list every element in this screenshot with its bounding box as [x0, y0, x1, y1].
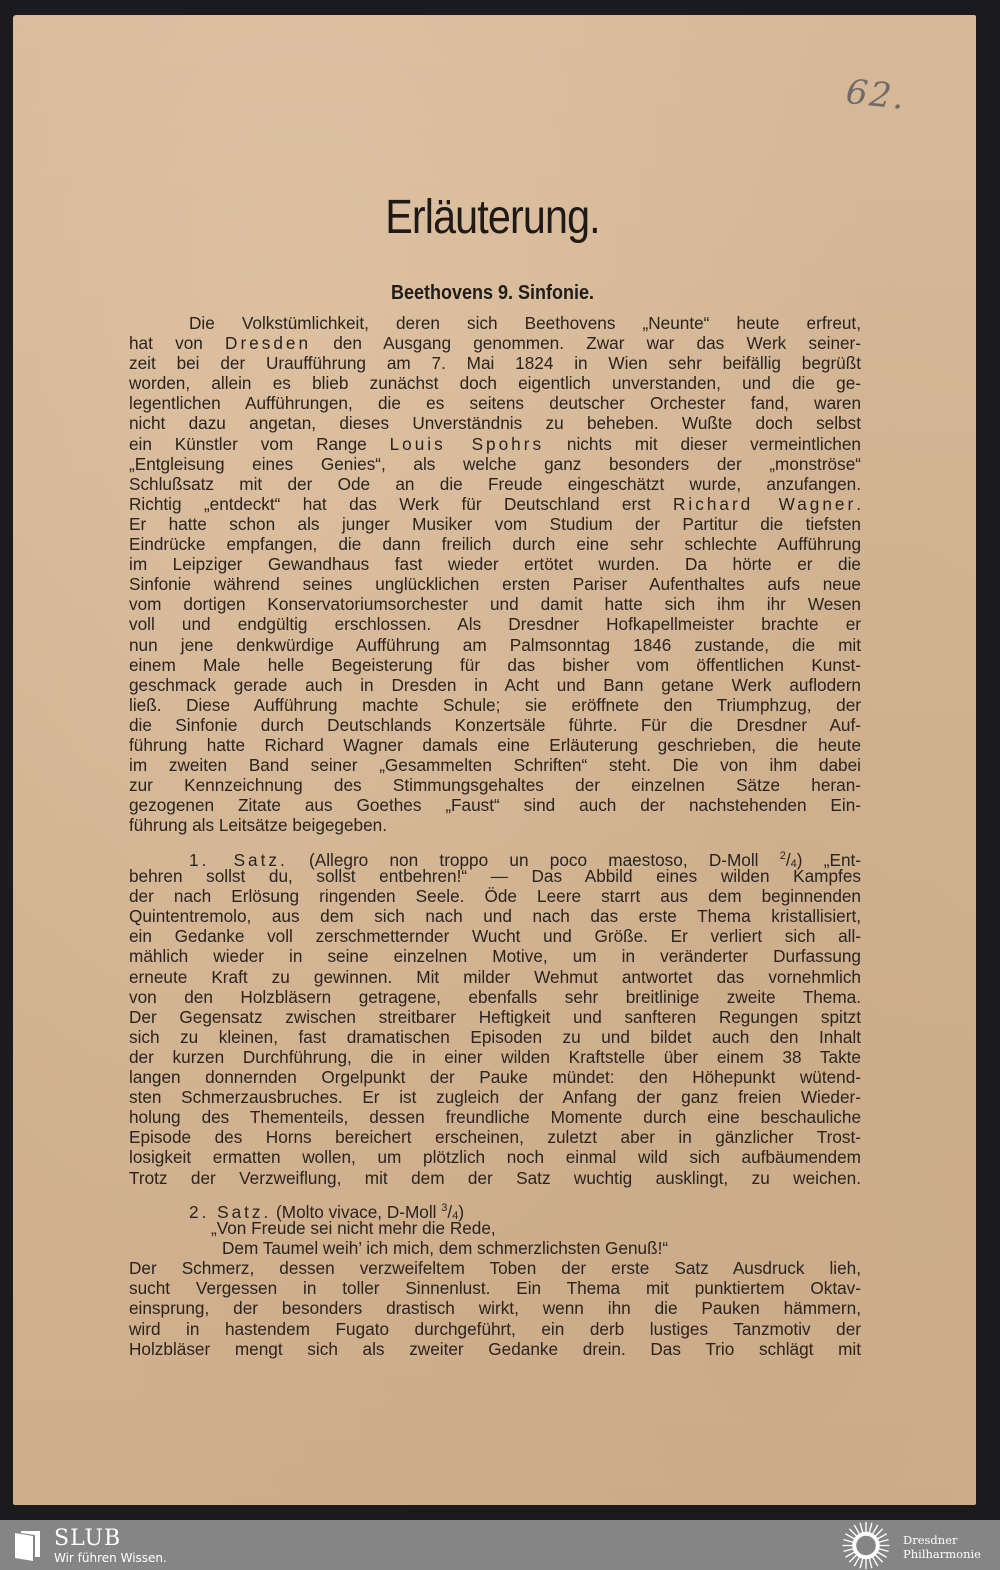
faust-quote-line: „Von Freude sei nicht mehr die Rede,: [129, 1218, 861, 1238]
movement-2-heading: 2. Satz. (Molto vivace, D-Moll 3/4): [129, 1198, 861, 1218]
text-line: erneute Kraft zu gewinnen. Mit milder We…: [129, 967, 861, 987]
slub-logo-title[interactable]: SLUB: [54, 1526, 121, 1551]
emphasized-name: Louis Spohrs: [390, 434, 544, 454]
text-line: Quintentremolo, aus dem sich nach und na…: [129, 906, 861, 926]
text-line: losigkeit ermatten wollen, um plötzlich …: [129, 1147, 861, 1167]
text-line: einsprung, der besonders drastisch wirkt…: [129, 1298, 861, 1318]
emphasized-name: Richard Wagner: [673, 494, 856, 514]
text-line: im Leipziger Gewandhaus fast wieder ertö…: [129, 554, 861, 574]
handwritten-page-number: 62.: [844, 72, 908, 118]
intro-paragraph: Die Volkstümlichkeit, deren sich Beethov…: [129, 313, 861, 835]
text-line: holung des Thementeils, dessen freundlic…: [129, 1107, 861, 1127]
text-line: der kurzen Durchführung, die in einer wi…: [129, 1047, 861, 1067]
emphasized-name: Dresden: [225, 333, 311, 353]
text-line: hat von Dresden den Ausgang genommen. Zw…: [129, 333, 861, 353]
text-line: Holzbläser mengt sich als zweiter Gedank…: [129, 1339, 861, 1359]
document-subtitle: Beethovens 9. Sinfonie.: [49, 282, 936, 305]
text-line: zur Kennzeichnung des Stimmungsgehaltes …: [129, 775, 861, 795]
text-line: geschmack gerade auch in Dresden in Acht…: [129, 675, 861, 695]
slub-book-icon: [13, 1530, 43, 1562]
text-line: führung als Leitsätze beigegeben.: [129, 815, 861, 835]
text-line: ließ. Diese Aufführung machte Schule; si…: [129, 695, 861, 715]
text-line: Eindrücke empfangen, die dann freilich d…: [129, 534, 861, 554]
text-line: Sinfonie während seines unglücklichen er…: [129, 574, 861, 594]
text-line: worden, allein es blieb zunächst doch ei…: [129, 373, 861, 393]
text-line: der nach Erlösung ringenden Seele. Öde L…: [129, 886, 861, 906]
document-title: Erläuterung.: [69, 190, 916, 245]
slub-logo-tagline: Wir führen Wissen.: [54, 1551, 167, 1565]
text-line: gezogenen Zitate aus Goethes „Faust“ sin…: [129, 795, 861, 815]
text-line: nicht dazu angetan, dieses Unverständnis…: [129, 413, 861, 433]
text-line: von den Holzbläsern getragene, ebenfalls…: [129, 987, 861, 1007]
text-line: führung hatte Richard Wagner damals eine…: [129, 735, 861, 755]
text-line: langen donnernden Orgelpunkt der Pauke m…: [129, 1067, 861, 1087]
text-line: sucht Vergessen in toller Sinnenlust. Ei…: [129, 1278, 861, 1298]
text-line: sten Schmerzausbruches. Er ist zugleich …: [129, 1087, 861, 1107]
text-line: voll und endgültig erschlossen. Als Dres…: [129, 614, 861, 634]
text-line: zeit bei der Uraufführung am 7. Mai 1824…: [129, 353, 861, 373]
text-line: nun jene denkwürdige Aufführung am Palms…: [129, 635, 861, 655]
text-line: sich zu kleinen, fast dramatischen Episo…: [129, 1027, 861, 1047]
text-line: Schlußsatz mit der Ode an die Freude ein…: [129, 474, 861, 494]
text-line: Der Schmerz, dessen verzweifeltem Toben …: [129, 1258, 861, 1278]
text-line: Der Gegensatz zwischen streitbarer Hefti…: [129, 1007, 861, 1027]
movement-2-section: 2. Satz. (Molto vivace, D-Moll 3/4) „Von…: [129, 1198, 861, 1359]
text-line: wird in hastendem Fugato durchgeführt, e…: [129, 1319, 861, 1339]
text-line: behren sollst du, sollst entbehren!“ — D…: [129, 866, 861, 886]
text-line: vom dortigen Konservatoriumsorchester un…: [129, 594, 861, 614]
dresdner-philharmonie-sunburst-icon: [841, 1521, 891, 1570]
text-line: die Sinfonie durch Deutschlands Konzerts…: [129, 715, 861, 735]
text-line: ein Gedanke voll zerschmetternder Wucht …: [129, 926, 861, 946]
footer-bar: SLUB Wir führen Wissen.: [0, 1520, 1000, 1570]
text-line: Richtig „entdeckt“ hat das Werk für Deut…: [129, 494, 861, 514]
text-line: ein Künstler vom Range Louis Spohrs nich…: [129, 434, 861, 454]
text-line: im zweiten Band seiner „Gesammelten Schr…: [129, 755, 861, 775]
text-line: einem Male helle Begeisterung für das bi…: [129, 655, 861, 675]
text-line: mählich wieder in seine einzelnen Motive…: [129, 946, 861, 966]
text-line: „Entgleisung eines Genies“, als welche g…: [129, 454, 861, 474]
text-line: Episode des Horns bereichert erscheinen,…: [129, 1127, 861, 1147]
movement-1-section: 1. Satz. (Allegro non troppo un poco mae…: [129, 846, 861, 1188]
text-line: Er hatte schon als junger Musiker vom St…: [129, 514, 861, 534]
faust-quote-line: Dem Taumel weih’ ich mich, dem schmerzli…: [129, 1238, 861, 1258]
movement-1-heading: 1. Satz. (Allegro non troppo un poco mae…: [129, 846, 861, 866]
text-line: Die Volkstümlichkeit, deren sich Beethov…: [129, 313, 861, 333]
text-line: Trotz der Verzweiflung, mit dem der Satz…: [129, 1168, 861, 1188]
dresdner-philharmonie-logo-text[interactable]: Dresdner Philharmonie: [903, 1533, 981, 1561]
text-line: legentlichen Aufführungen, die es seiten…: [129, 393, 861, 413]
